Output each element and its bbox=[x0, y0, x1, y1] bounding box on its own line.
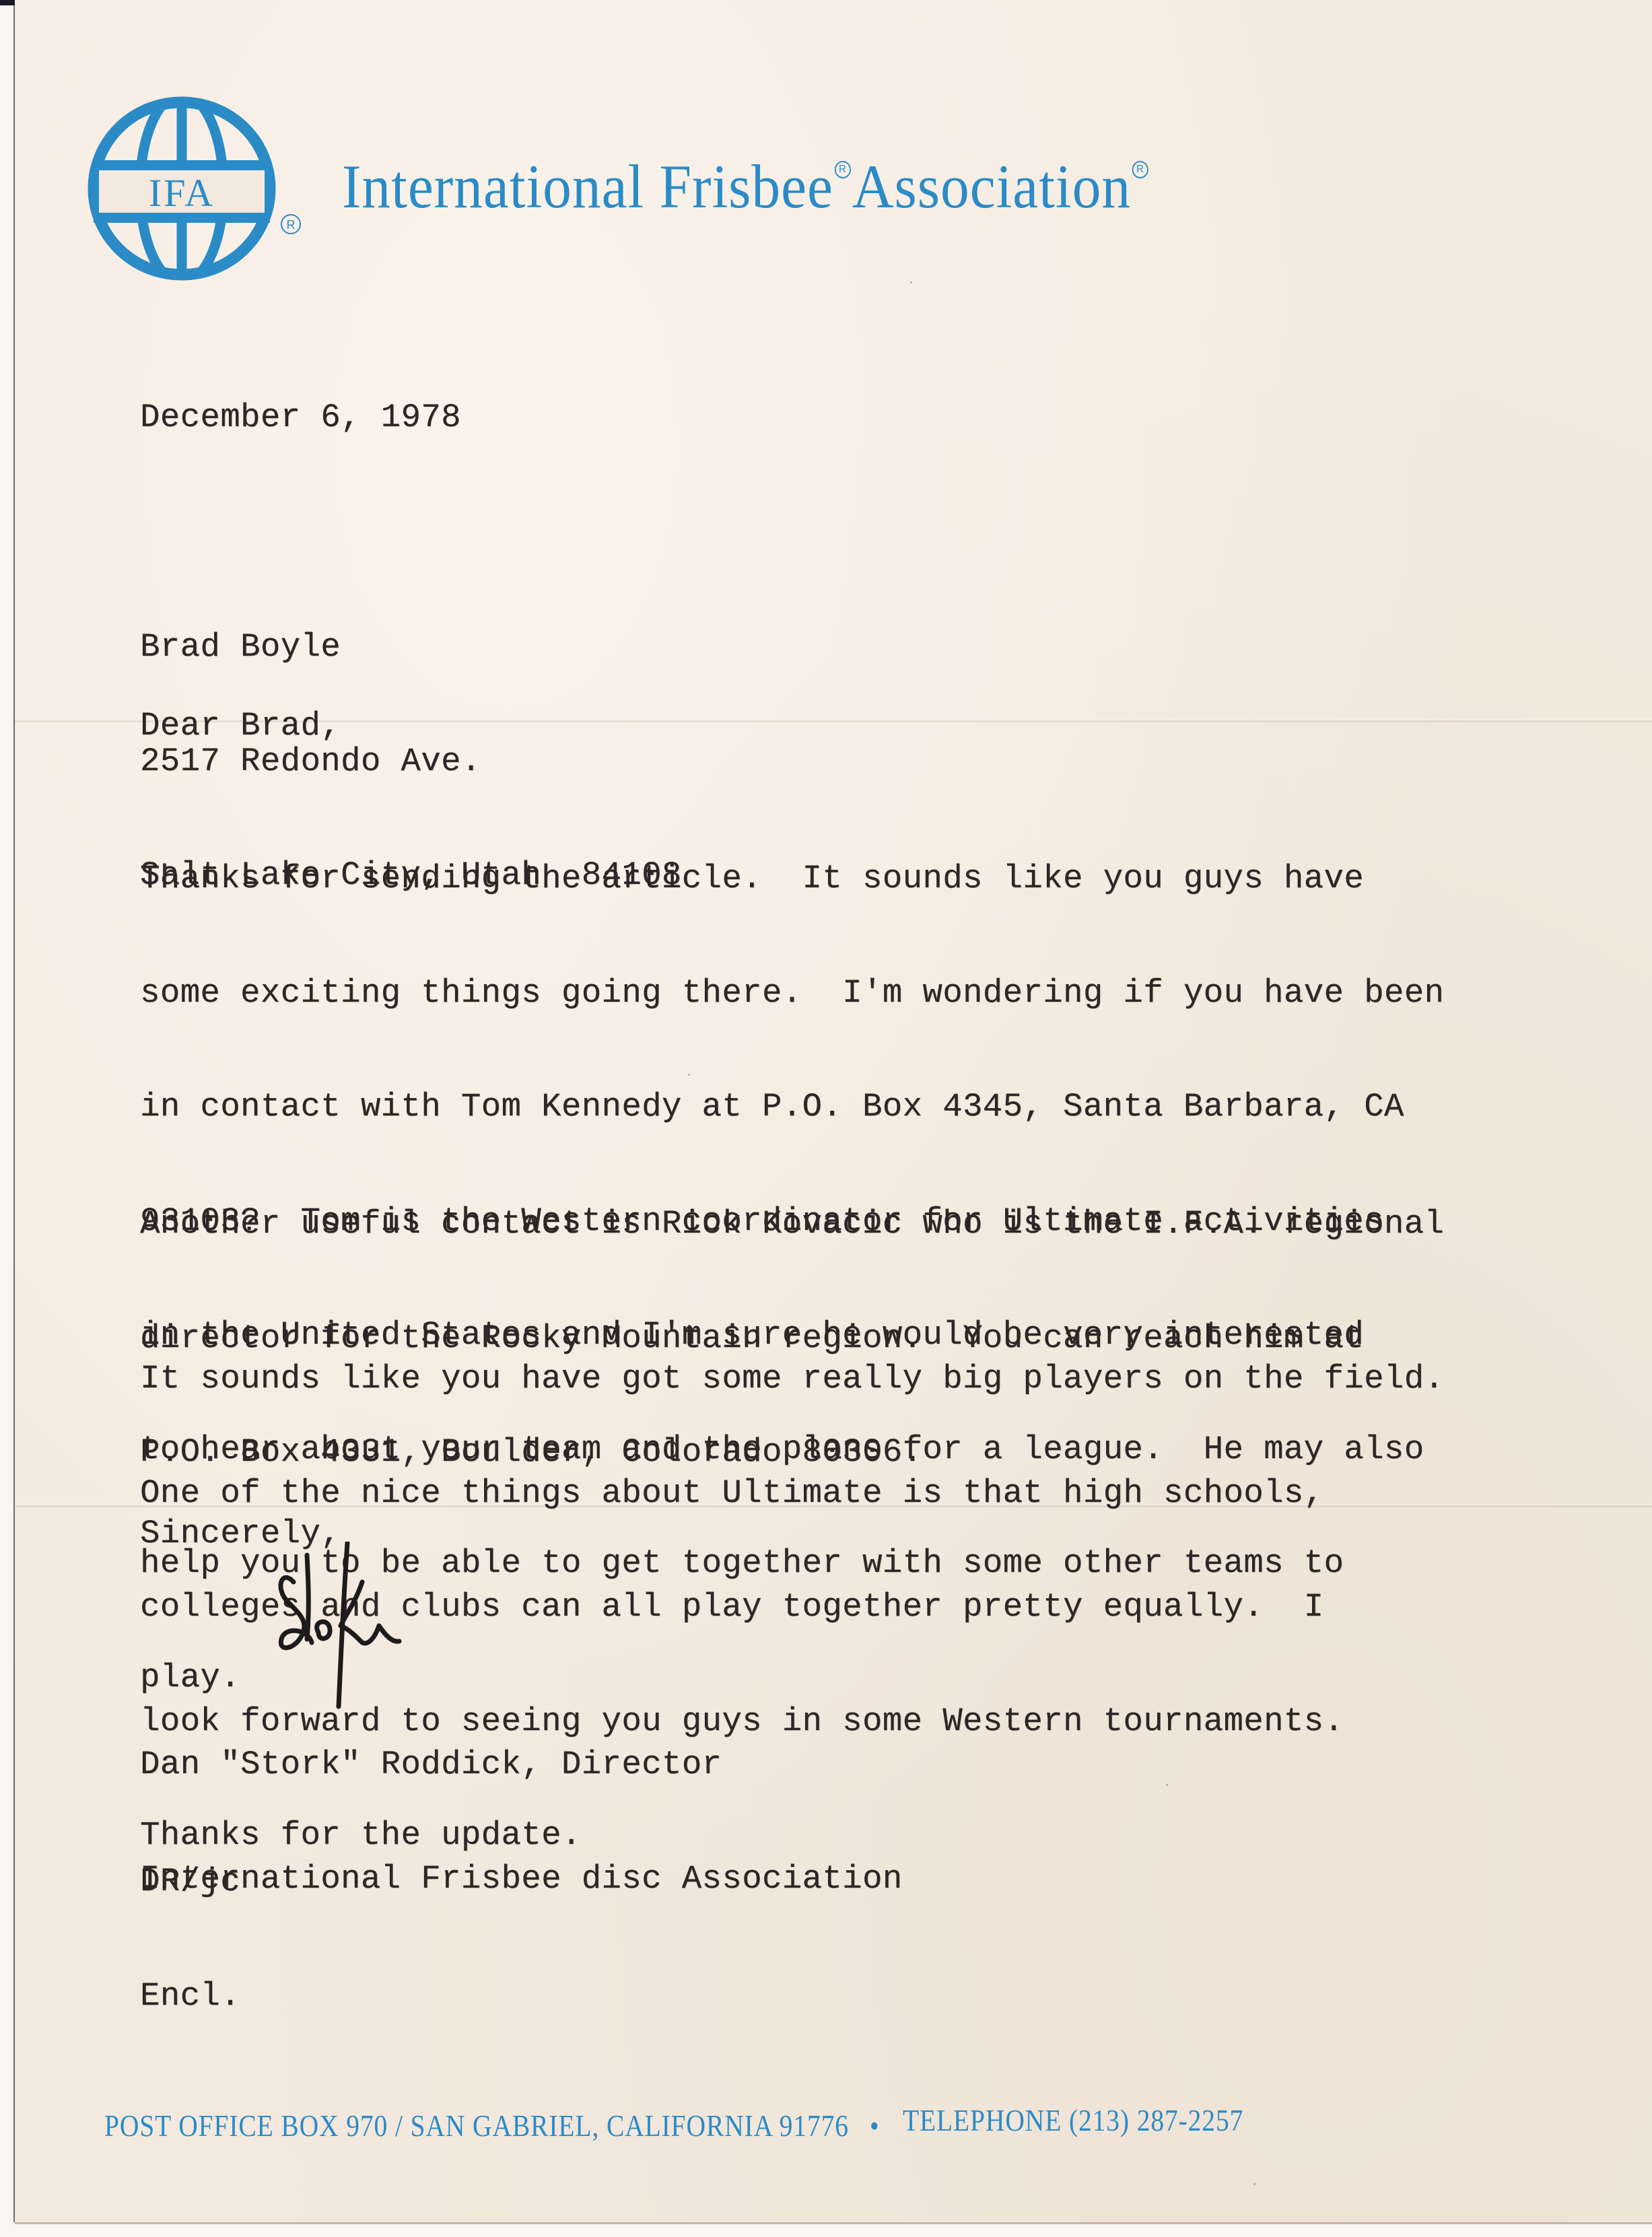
enclosure-note: Encl. bbox=[140, 1977, 240, 2016]
letterhead-title: International FrisbeeRAssociationR bbox=[342, 149, 1150, 223]
letter-date: December 6, 1978 bbox=[140, 399, 461, 437]
footer-address: POST OFFICE BOX 970 / SAN GABRIEL, CALIF… bbox=[104, 2108, 849, 2143]
paper-speck bbox=[688, 1074, 690, 1076]
paper-speck bbox=[910, 281, 912, 283]
signer-block: Dan "Stork" Roddick, Director Internatio… bbox=[140, 1670, 903, 1974]
paragraph-line: It sounds like you have got some really … bbox=[140, 1360, 1444, 1398]
paragraph-line: Thanks for sending the article. It sound… bbox=[140, 860, 1444, 898]
signer-name-title: Dan "Stork" Roddick, Director bbox=[140, 1746, 903, 1784]
org-name-part1: International Frisbee bbox=[342, 152, 833, 221]
paragraph-line: One of the nice things about Ultimate is… bbox=[140, 1474, 1444, 1513]
bullet-separator-icon: • bbox=[870, 2106, 880, 2146]
reference-initials: DR/jc bbox=[140, 1863, 240, 1901]
logo-text: IFA bbox=[149, 171, 215, 215]
paragraph-line: some exciting things going there. I'm wo… bbox=[140, 974, 1444, 1012]
paragraph-line: Another useful contact is Rick Kovacic w… bbox=[140, 1205, 1444, 1243]
ifa-globe-logo-icon: IFA bbox=[84, 93, 286, 284]
letterhead-footer: POST OFFICE BOX 970 / SAN GABRIEL, CALIF… bbox=[104, 2106, 1243, 2146]
paper-speck bbox=[1253, 2183, 1255, 2185]
registered-mark-icon: R bbox=[835, 161, 851, 178]
reference-block: DR/jc Encl. bbox=[140, 1787, 240, 2091]
scan-edge-mark bbox=[0, 0, 15, 5]
recipient-name: Brad Boyle bbox=[140, 628, 682, 666]
signer-organization: International Frisbee disc Association bbox=[140, 1860, 903, 1898]
registered-mark-icon: R bbox=[281, 214, 301, 234]
paper-speck bbox=[1166, 1784, 1168, 1786]
recipient-street: 2517 Redondo Ave. bbox=[140, 743, 682, 781]
paragraph-line: in contact with Tom Kennedy at P.O. Box … bbox=[140, 1088, 1444, 1126]
letter-page: IFA R International FrisbeeRAssociationR… bbox=[15, 0, 1652, 2222]
footer-telephone: TELEPHONE (213) 287-2257 bbox=[903, 2100, 1243, 2141]
salutation: Dear Brad, bbox=[140, 707, 341, 745]
registered-mark-icon: R bbox=[1132, 161, 1148, 178]
org-name-part2: Association bbox=[852, 152, 1131, 221]
